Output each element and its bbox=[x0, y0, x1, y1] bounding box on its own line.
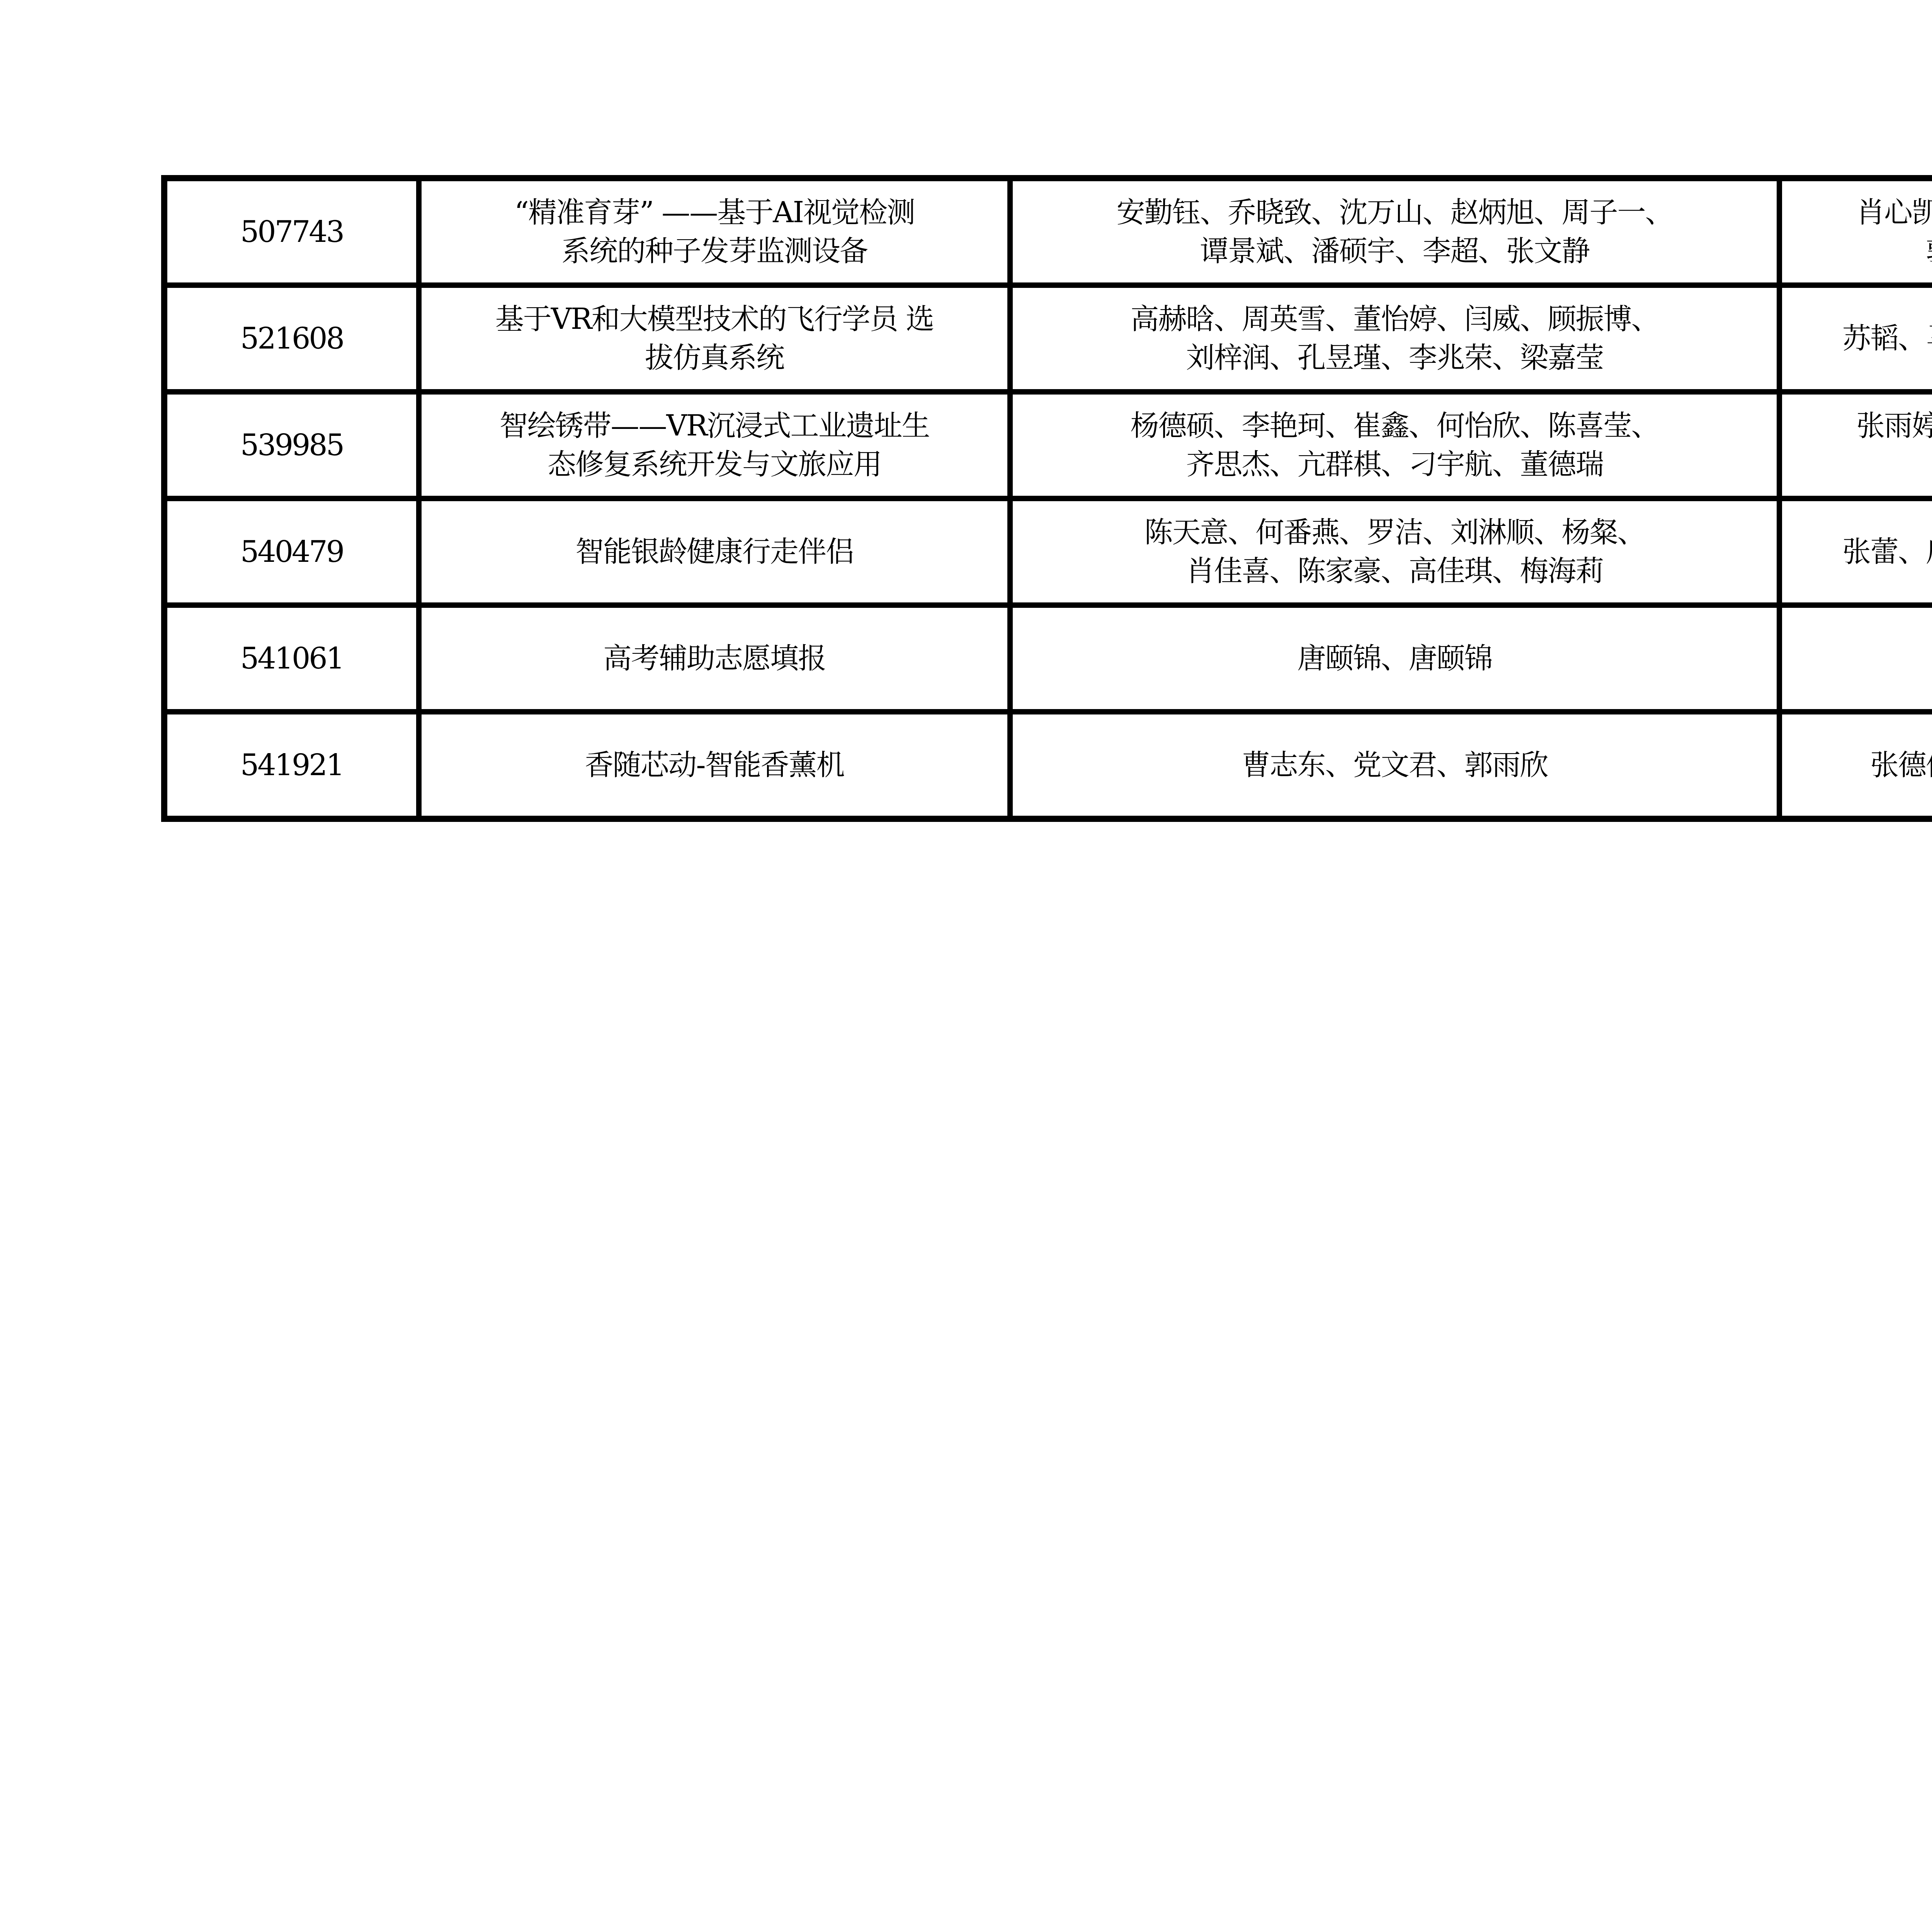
authors-cell: 唐颐锦、唐颐锦 bbox=[1010, 605, 1779, 712]
authors-line: 杨德硕、李艳珂、崔鑫、何怡欣、陈喜莹、 bbox=[1020, 407, 1770, 445]
authors-line: 唐颐锦、唐颐锦 bbox=[1020, 639, 1770, 678]
table-row: 541061 高考辅助志愿填报 唐颐锦、唐颐锦 肖笛 “人工智能+”应用赛 bbox=[164, 605, 1932, 712]
authors-line: 谭景斌、潘硕宇、李超、张文静 bbox=[1020, 232, 1770, 270]
advisors-line: 潘林 bbox=[1789, 445, 1932, 484]
authors-line: 肖佳喜、陈家豪、高佳琪、梅海莉 bbox=[1020, 552, 1770, 590]
authors-line: 曹志东、党文君、郭雨欣 bbox=[1020, 746, 1770, 784]
advisors-line: 张德佶、孙立轩 bbox=[1789, 746, 1932, 784]
project-id-cell: 540479 bbox=[164, 498, 419, 605]
advisors-line: 肖心凯、张仲海、 bbox=[1789, 193, 1932, 232]
project-title-cell: 智绘锈带——VR沉浸式工业遗址生 态修复系统开发与文旅应用 bbox=[419, 392, 1010, 498]
authors-line: 陈天意、何番燕、罗洁、刘淋顺、杨粲、 bbox=[1020, 513, 1770, 552]
table-row: 540479 智能银龄健康行走伴侣 陈天意、何番燕、罗洁、刘淋顺、杨粲、 肖佳喜… bbox=[164, 498, 1932, 605]
authors-cell: 高赫晗、周英雪、董怡婷、闫威、顾振博、 刘梓润、孔昱瑾、李兆荣、梁嘉莹 bbox=[1010, 285, 1779, 392]
table-row: 507743 “精准育芽” ——基于AI视觉检测 系统的种子发芽监测设备 安勤钰… bbox=[164, 178, 1932, 285]
authors-line: 刘梓润、孔昱瑾、李兆荣、梁嘉莹 bbox=[1020, 338, 1770, 377]
project-id-cell: 507743 bbox=[164, 178, 419, 285]
authors-cell: 陈天意、何番燕、罗洁、刘淋顺、杨粲、 肖佳喜、陈家豪、高佳琪、梅海莉 bbox=[1010, 498, 1779, 605]
project-title-line: “精准育芽” ——基于AI视觉检测 bbox=[429, 193, 1000, 232]
project-title-line: 系统的种子发芽监测设备 bbox=[429, 232, 1000, 270]
authors-cell: 安勤钰、乔晓致、沈万山、赵炳旭、周子一、 谭景斌、潘硕宇、李超、张文静 bbox=[1010, 178, 1779, 285]
advisors-cell: 肖心凯、张仲海、 郭同峰 bbox=[1779, 178, 1932, 285]
project-title-line: 态修复系统开发与文旅应用 bbox=[429, 445, 1000, 484]
advisors-cell: 苏韬、马启元、吉阳 bbox=[1779, 285, 1932, 392]
project-id: 541921 bbox=[174, 746, 409, 784]
advisors-cell: 张德佶、孙立轩 bbox=[1779, 712, 1932, 819]
project-id-cell: 541061 bbox=[164, 605, 419, 712]
document-page: 507743 “精准育芽” ——基于AI视觉检测 系统的种子发芽监测设备 安勤钰… bbox=[0, 0, 1932, 1917]
project-title-line: 拔仿真系统 bbox=[429, 338, 1000, 377]
table-row: 539985 智绘锈带——VR沉浸式工业遗址生 态修复系统开发与文旅应用 杨德硕… bbox=[164, 392, 1932, 498]
authors-line: 高赫晗、周英雪、董怡婷、闫威、顾振博、 bbox=[1020, 300, 1770, 338]
project-id-cell: 521608 bbox=[164, 285, 419, 392]
project-id-cell: 539985 bbox=[164, 392, 419, 498]
project-id: 540479 bbox=[174, 532, 409, 571]
project-id: 521608 bbox=[174, 319, 409, 358]
advisors-line: 张蕾、唐磊、张博涵 bbox=[1789, 532, 1932, 571]
project-id: 539985 bbox=[174, 426, 409, 464]
project-title-cell: 基于VR和大模型技术的飞行学员 选 拔仿真系统 bbox=[419, 285, 1010, 392]
authors-line: 安勤钰、乔晓致、沈万山、赵炳旭、周子一、 bbox=[1020, 193, 1770, 232]
advisors-line: 肖笛 bbox=[1789, 639, 1932, 678]
project-id-cell: 541921 bbox=[164, 712, 419, 819]
authors-line: 齐思杰、亢群棋、刁宇航、董德瑞 bbox=[1020, 445, 1770, 484]
project-title-line: 香随芯动-智能香薰机 bbox=[429, 746, 1000, 784]
project-title-cell: 香随芯动-智能香薰机 bbox=[419, 712, 1010, 819]
project-title-line: 基于VR和大模型技术的飞行学员 选 bbox=[429, 300, 1000, 338]
advisors-cell: 肖笛 bbox=[1779, 605, 1932, 712]
advisors-line: 苏韬、马启元、吉阳 bbox=[1789, 319, 1932, 358]
table-row: 521608 基于VR和大模型技术的飞行学员 选 拔仿真系统 高赫晗、周英雪、董… bbox=[164, 285, 1932, 392]
project-title-cell: “精准育芽” ——基于AI视觉检测 系统的种子发芽监测设备 bbox=[419, 178, 1010, 285]
advisors-cell: 张蕾、唐磊、张博涵 bbox=[1779, 498, 1932, 605]
project-id: 541061 bbox=[174, 639, 409, 678]
project-title-line: 智绘锈带——VR沉浸式工业遗址生 bbox=[429, 407, 1000, 445]
project-id: 507743 bbox=[174, 213, 409, 251]
advisors-line: 郭同峰 bbox=[1789, 232, 1932, 270]
project-title-cell: 高考辅助志愿填报 bbox=[419, 605, 1010, 712]
table-row: 541921 香随芯动-智能香薰机 曹志东、党文君、郭雨欣 张德佶、孙立轩 “人… bbox=[164, 712, 1932, 819]
project-title-line: 高考辅助志愿填报 bbox=[429, 639, 1000, 678]
authors-cell: 曹志东、党文君、郭雨欣 bbox=[1010, 712, 1779, 819]
authors-cell: 杨德硕、李艳珂、崔鑫、何怡欣、陈喜莹、 齐思杰、亢群棋、刁宇航、董德瑞 bbox=[1010, 392, 1779, 498]
project-title-line: 智能银龄健康行走伴侣 bbox=[429, 532, 1000, 571]
project-table: 507743 “精准育芽” ——基于AI视觉检测 系统的种子发芽监测设备 安勤钰… bbox=[161, 175, 1932, 822]
project-title-cell: 智能银龄健康行走伴侣 bbox=[419, 498, 1010, 605]
advisors-line: 张雨婷、王馨笛、 bbox=[1789, 407, 1932, 445]
advisors-cell: 张雨婷、王馨笛、 潘林 bbox=[1779, 392, 1932, 498]
